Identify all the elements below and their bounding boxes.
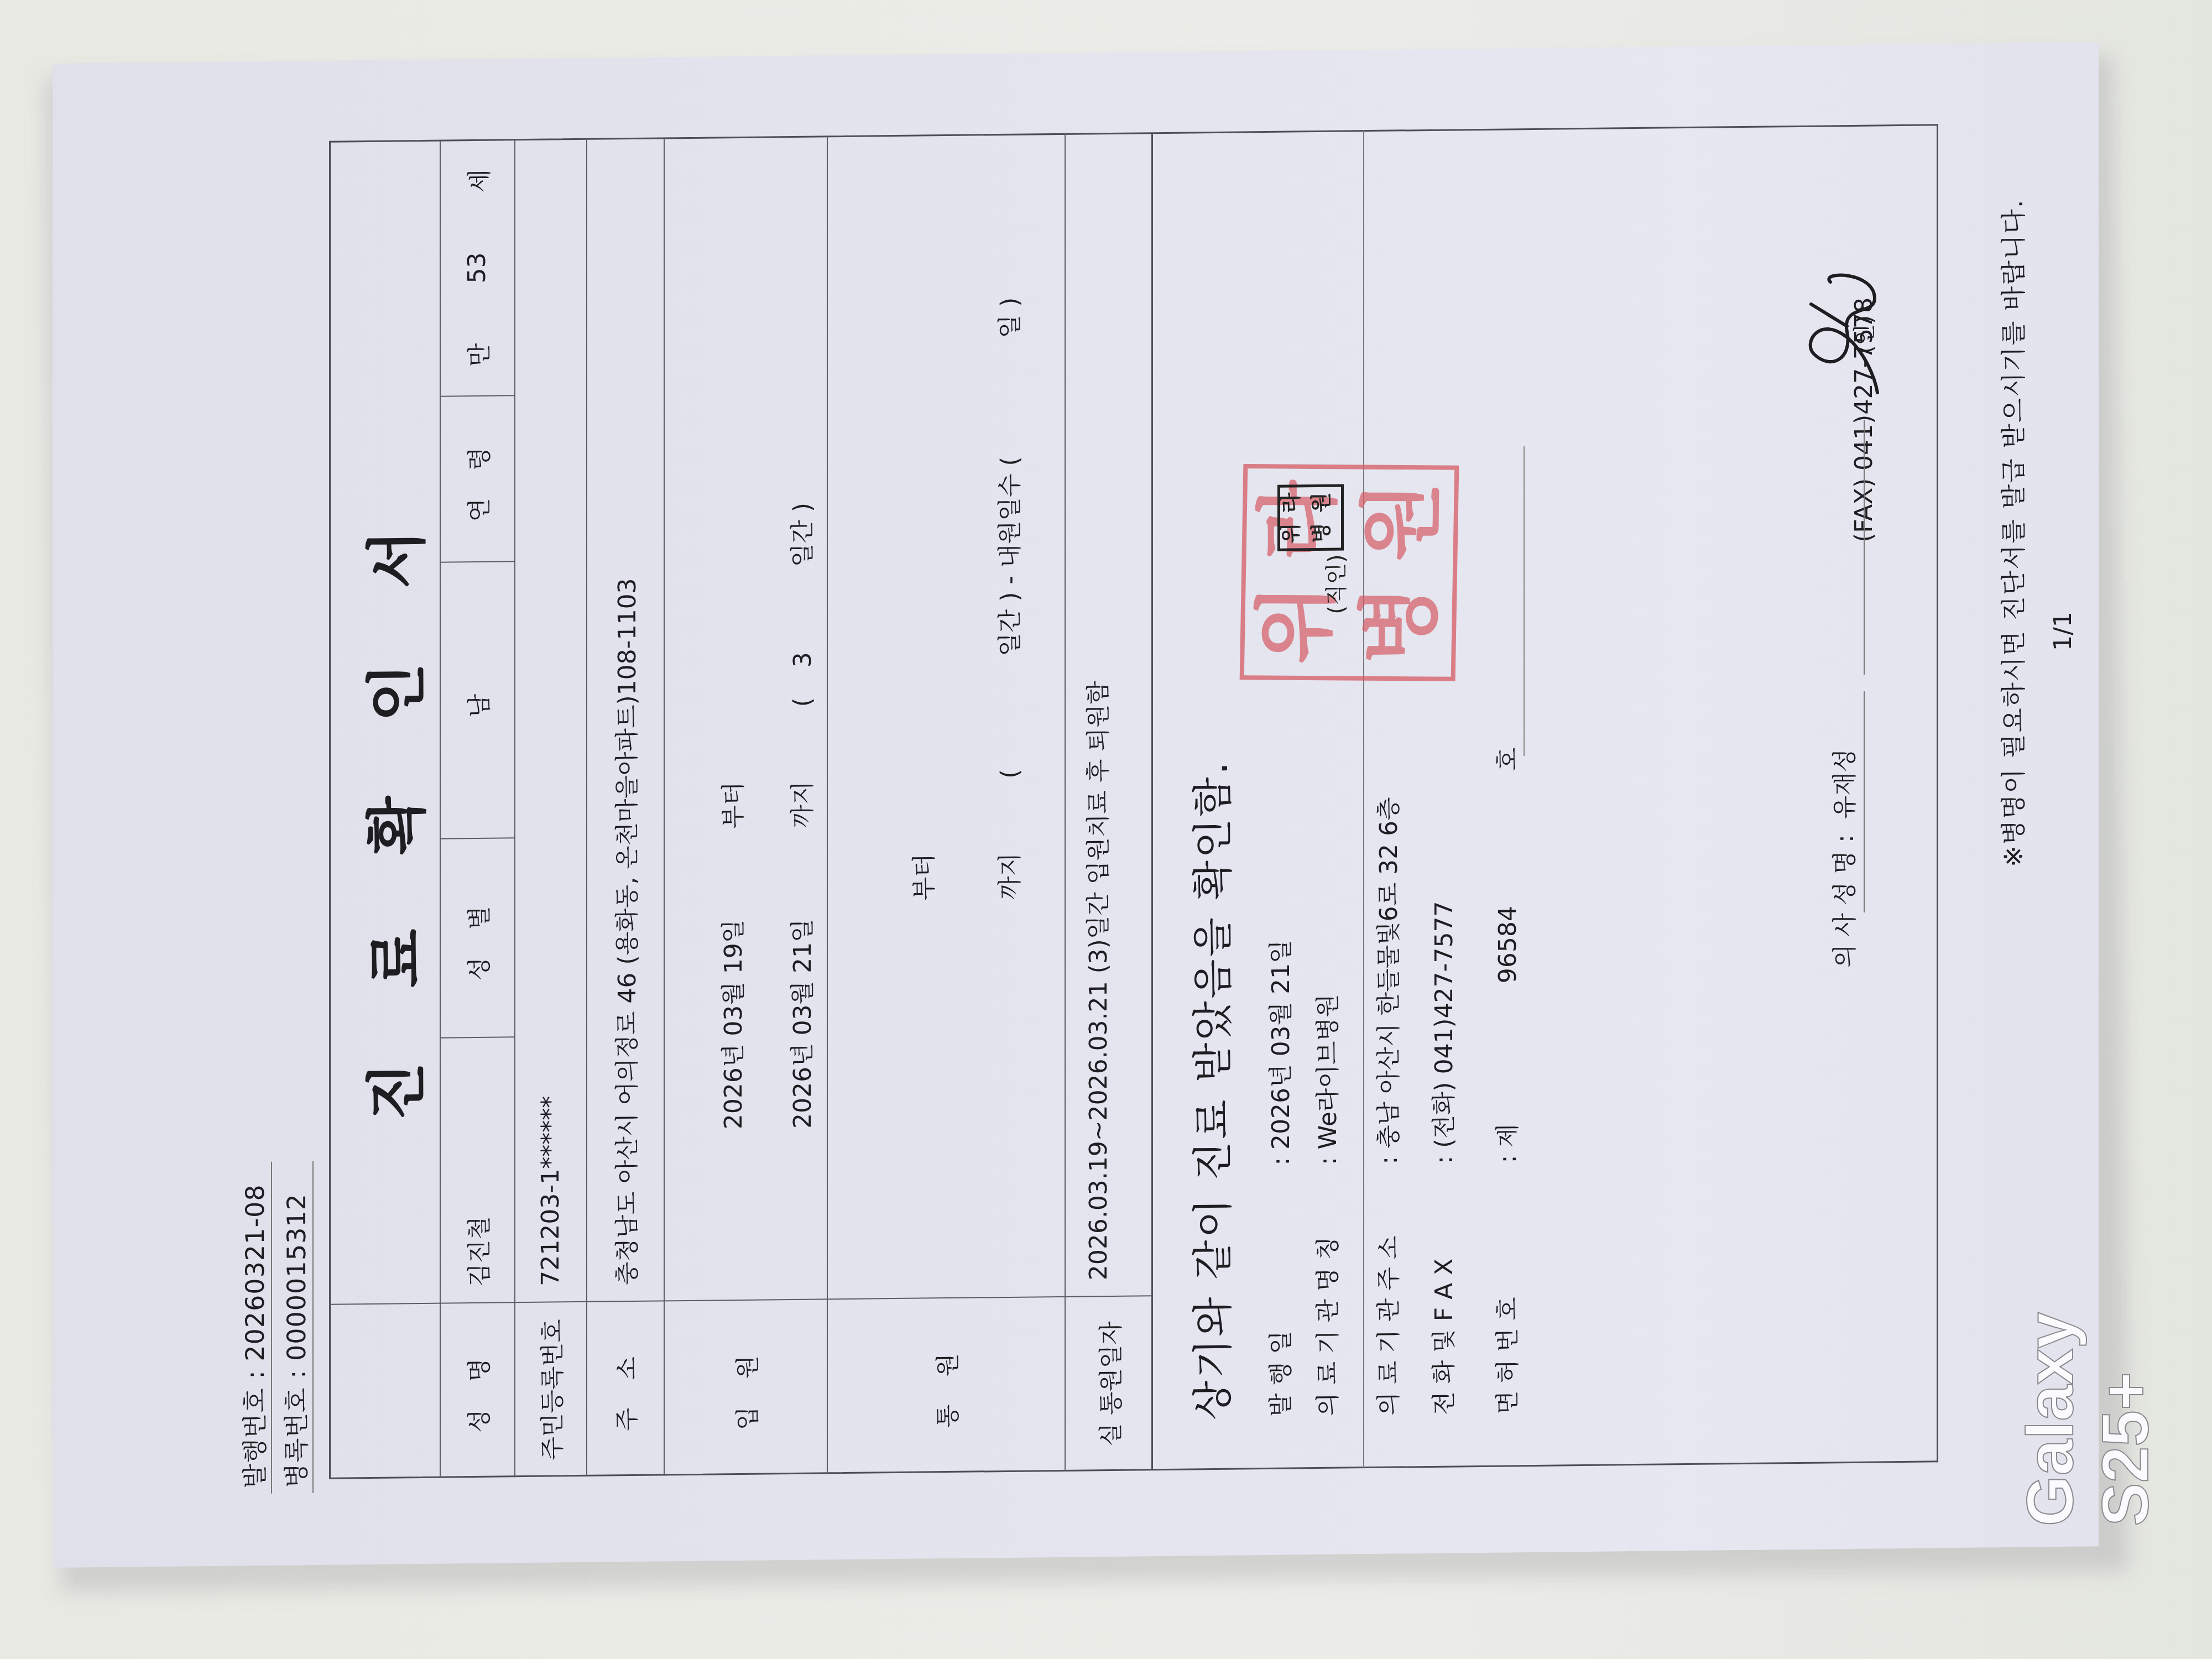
row-divider [1065,133,1066,1472]
age-prefix: 만 [460,343,495,367]
issue-number: 발행번호 : 20260321-08 [235,1184,272,1488]
license-value: 96584 [1494,906,1522,984]
certification-statement: 상기와 같이 진료 받았음을 확인함. [1181,759,1239,1421]
institution-address-value: : 충남 아산시 한들물빛6로 32 6층 [1375,797,1403,1165]
record-number-value: 0000015312 [281,1193,311,1361]
license-prefix: : 제 [1494,1124,1522,1164]
inpatient-to-suffix: 까지 [789,781,817,828]
patient-name: 김진철 [440,1216,514,1287]
institution-name: 의 료 기 관 명 칭 : We라이브병원 [1308,994,1343,1416]
inpatient-from-suffix: 부터 [719,781,748,829]
seal-center-mark: (직인) [1319,554,1350,614]
age-suffix: 세 [460,169,495,193]
doctor-underline [1864,691,1865,912]
inpatient-to-date: 2026년 03월 21일 [789,919,817,1129]
issue-date: 발 행 일 : 2026년 03월 21일 [1261,940,1296,1417]
institution-address: 의 료 기 관 주 소 : 충남 아산시 한들물빛6로 32 6층 [1369,797,1404,1416]
seal-mark: (인) [1847,315,1879,354]
doctor-name-value: 유재성 [1831,749,1859,820]
license-underline [1524,446,1525,756]
record-number: 병록번호 : 0000015312 [276,1193,313,1488]
signature-underline [1864,420,1865,675]
camera-watermark: Galaxy S25+ [2013,1312,2163,1526]
inpatient-label: 입 원 [664,1300,827,1475]
license-suffix: 호 [1494,747,1522,771]
seal-small-char: 라 [1280,487,1311,518]
seal-small-char: 병 [1311,518,1341,549]
doctor-label: 의 사 성 명 : [1831,834,1859,968]
patient-address: 충청남도 아산시 어의정로 46 (용화동, 온천마을아파트)108-1103 [586,578,664,1286]
address-label: 주 소 [586,1301,664,1476]
rrn-label: 주민등록번호 [514,1302,586,1477]
inpatient-from-date: 2026년 03월 19일 [719,919,748,1129]
row-divider [827,135,828,1474]
inpatient-days: 3 [789,652,817,668]
row-divider [664,137,665,1475]
outpatient-visits-close: 일 ) [996,298,1024,338]
outpatient-days-text: 일간 ) - 내원일수 ( [996,456,1024,656]
phone-label: 전 화 및 F A X [1424,1171,1459,1415]
actual-visit-label: 실 통원일자 [1065,1296,1153,1472]
name-label: 성 명 [440,1303,514,1478]
patient-gender: 남 [440,562,514,839]
issue-number-value: 20260321-08 [240,1184,270,1361]
outpatient-label: 통 원 [827,1297,1065,1474]
page-number: 1/1 [2049,612,2077,651]
record-number-label: 병록번호 [281,1387,311,1488]
license-label: 면 허 번 호 [1488,1171,1523,1415]
gender-label: 성 별 [440,838,514,1038]
seal-char: 병 [1358,585,1443,665]
actual-visit-remark: 2026.03.19~2026.03.21 (3)일간 입원치료 후 퇴원함 [1078,681,1114,1281]
divider [312,1161,314,1493]
divider [271,1162,272,1494]
inpatient-to: 2026년 03월 21일 까지 ( 3 일간 ) [782,503,818,1129]
phone-fax: 전 화 및 F A X : (전화) 041)427-7577 [1424,901,1459,1415]
issue-date-value: : 2026년 03월 21일 [1267,940,1295,1166]
outpatient-to: 까지 ( 일간 ) - 내원일수 ( 일 ) [990,298,1025,900]
certificate-page: 발행번호 : 20260321-08 병록번호 : 0000015312 진 료… [53,42,2099,1568]
outpatient-from-suffix: 부터 [904,853,940,901]
seal-small-char: 원 [1311,487,1341,518]
age-value: 53 [463,252,491,284]
seal-small-char: 위 [1280,518,1311,549]
seal-char: 원 [1360,481,1444,562]
inpatient-days-close: 일간 ) [789,503,817,567]
outpatient-days-open: ( [996,769,1024,779]
inpatient-days-open: ( [789,697,817,707]
patient-age: 만 53 세 [440,139,514,397]
doctor-row: 의 사 성 명 : 유재성 [1825,749,1860,968]
issue-date-label: 발 행 일 [1261,1173,1296,1417]
institution-name-label: 의 료 기 관 명 칭 [1308,1173,1343,1417]
outpatient-to-suffix: 까지 [996,853,1024,900]
license-number: 면 허 번 호 : 제 96584 호 [1488,747,1523,1414]
patient-rrn: 721203-1****** [514,1095,586,1286]
hospital-seal-small: 위 라 병 원 [1277,484,1344,551]
footnote: ※병명이 필요하시면 진단서를 발급 받으시기를 바랍니다. [1994,199,2030,867]
institution-address-label: 의 료 기 관 주 소 [1369,1172,1404,1416]
issue-number-label: 발행번호 [240,1387,270,1488]
age-label: 연 령 [440,396,514,562]
institution-name-value: : We라이브병원 [1314,994,1342,1165]
phone-value: : (전화) 041)427-7577 [1430,901,1458,1164]
inpatient-from: 2026년 03월 19일 부터 [713,781,749,1129]
row-divider [1363,130,1364,1468]
